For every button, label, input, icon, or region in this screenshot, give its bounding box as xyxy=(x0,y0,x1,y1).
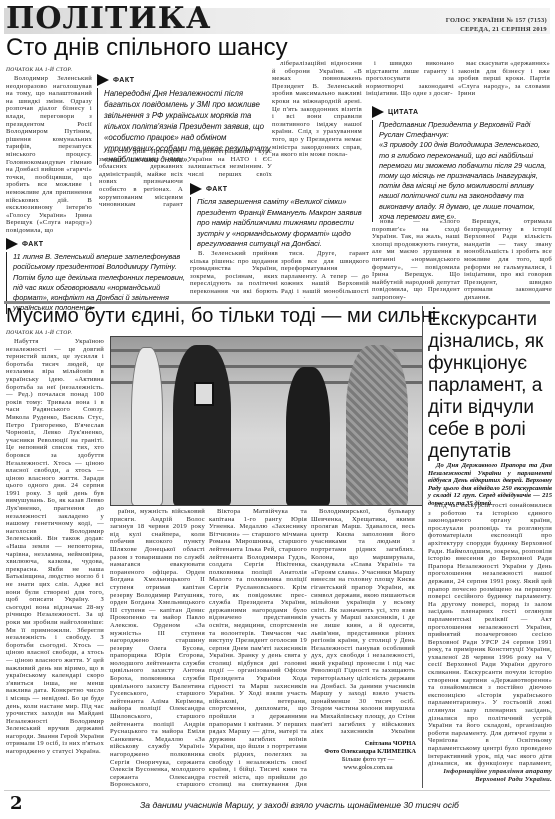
author: Світлана ЧОРНА xyxy=(320,740,416,748)
article3-lead: До Дня Державного Прапора та Дня Незалеж… xyxy=(428,462,552,508)
fact-box-2: ФАКТ Після завершення саміту «Великої сі… xyxy=(190,183,365,250)
quote-box: ЦИТАТА Представник Президента у Верховні… xyxy=(372,106,552,222)
article1-column-10: тися. Друге, гарант зробив все для швидк… xyxy=(281,250,369,298)
article2-byline: Світлана ЧОРНА Фото Олександра КЛИМЕНКА … xyxy=(320,740,416,772)
article1-column-8: Верещук, отримала безпрецедентну в істор… xyxy=(464,218,552,302)
article-photo xyxy=(110,336,423,506)
fact-tag: ФАКТ xyxy=(190,183,365,195)
flag-icon xyxy=(372,106,384,118)
article1-column-5: і швидко виконано відставити лише гарант… xyxy=(366,60,454,98)
fact-text: Після завершення саміту «Великої сімки» … xyxy=(190,197,365,250)
article1-column-7: нова — «Злого пороmяг'є» на сході Україн… xyxy=(372,218,460,302)
more-photos-link[interactable]: Більше фото тут — www.golos.com.ua xyxy=(320,756,416,772)
flag-icon xyxy=(6,238,18,250)
article3-source: Інформаційне управління апарату Верховно… xyxy=(428,768,552,786)
photo-figure-girl xyxy=(131,347,163,506)
article1-column-9: В. Зеленський прийняв кілька рішень: про… xyxy=(190,250,278,298)
flag-icon xyxy=(97,74,109,86)
article1-column-3: євроінтеграційний курс України на НАТО і… xyxy=(188,148,272,178)
article2-headline: Мусимо бути єдині, бо тільки тоді — ми с… xyxy=(6,306,436,326)
fact-tag: ФАКТ xyxy=(97,74,272,86)
photo-portrait xyxy=(194,382,214,406)
photo-figure-president xyxy=(286,367,330,506)
section-title: ПОЛІТИКА xyxy=(6,4,211,34)
quote-text: «З приводу 100 днів Володимира Зеленсько… xyxy=(379,140,552,222)
photo-caption: За даними учасників Маршу, у заході взял… xyxy=(140,800,459,810)
article1-column-6: має скасувати «державних» законів для бі… xyxy=(458,60,550,98)
quote-speaker: Представник Президента у Верховній Раді … xyxy=(379,120,552,140)
article1-headline: Сто днів спільного шансу xyxy=(6,36,288,60)
article2-column-1: Набуття Україною незалежності — це довги… xyxy=(6,338,104,790)
article1-column-2: за сто днів Президент змінили половину г… xyxy=(99,148,183,208)
flag-icon xyxy=(190,183,202,195)
footer-divider xyxy=(4,790,550,791)
article2-column-2: раїни, мужність військовий присяги. Андр… xyxy=(110,508,205,790)
newspaper-issue: ГОЛОС УКРАЇНИ № 157 (7153) xyxy=(446,16,547,25)
fact-tag: ФАКТ xyxy=(6,238,186,250)
section-divider xyxy=(4,301,550,304)
issue-info: ГОЛОС УКРАЇНИ № 157 (7153) СЕРЕДА, 21 СЕ… xyxy=(446,16,547,34)
article1-column-1: Володимир Зеленський неодноразово наголо… xyxy=(6,75,92,245)
photo-credit: Фото Олександра КЛИМЕНКА xyxy=(320,748,416,756)
column-divider xyxy=(422,306,423,788)
article1-column-4: лібералізаційні відносини й оборони Укра… xyxy=(272,60,362,182)
page-number: 2 xyxy=(10,793,23,814)
article2-kicker: ПОЧАТОК НА 1-Й СТОР. xyxy=(6,330,72,336)
issue-date: СЕРЕДА, 21 СЕРПНЯ 2019 xyxy=(446,25,547,34)
article3-body: Під час екскурсій гості ознайомилися з р… xyxy=(428,502,552,767)
article3-headline: Екскурсанти дізнались, як функціонує пар… xyxy=(428,309,552,463)
photo-figure-woman xyxy=(173,345,231,506)
article2-column-3: Віктора Матвійчука та капітана 1-го ранг… xyxy=(209,508,307,790)
article1-kicker: ПОЧАТОК НА 1-Й СТОР. xyxy=(6,67,72,73)
photo-figure-soldier xyxy=(346,345,408,506)
article2-column-4: Володимирської, бульвару Шевченка, Хреща… xyxy=(311,508,415,733)
quote-tag: ЦИТАТА xyxy=(372,106,552,118)
